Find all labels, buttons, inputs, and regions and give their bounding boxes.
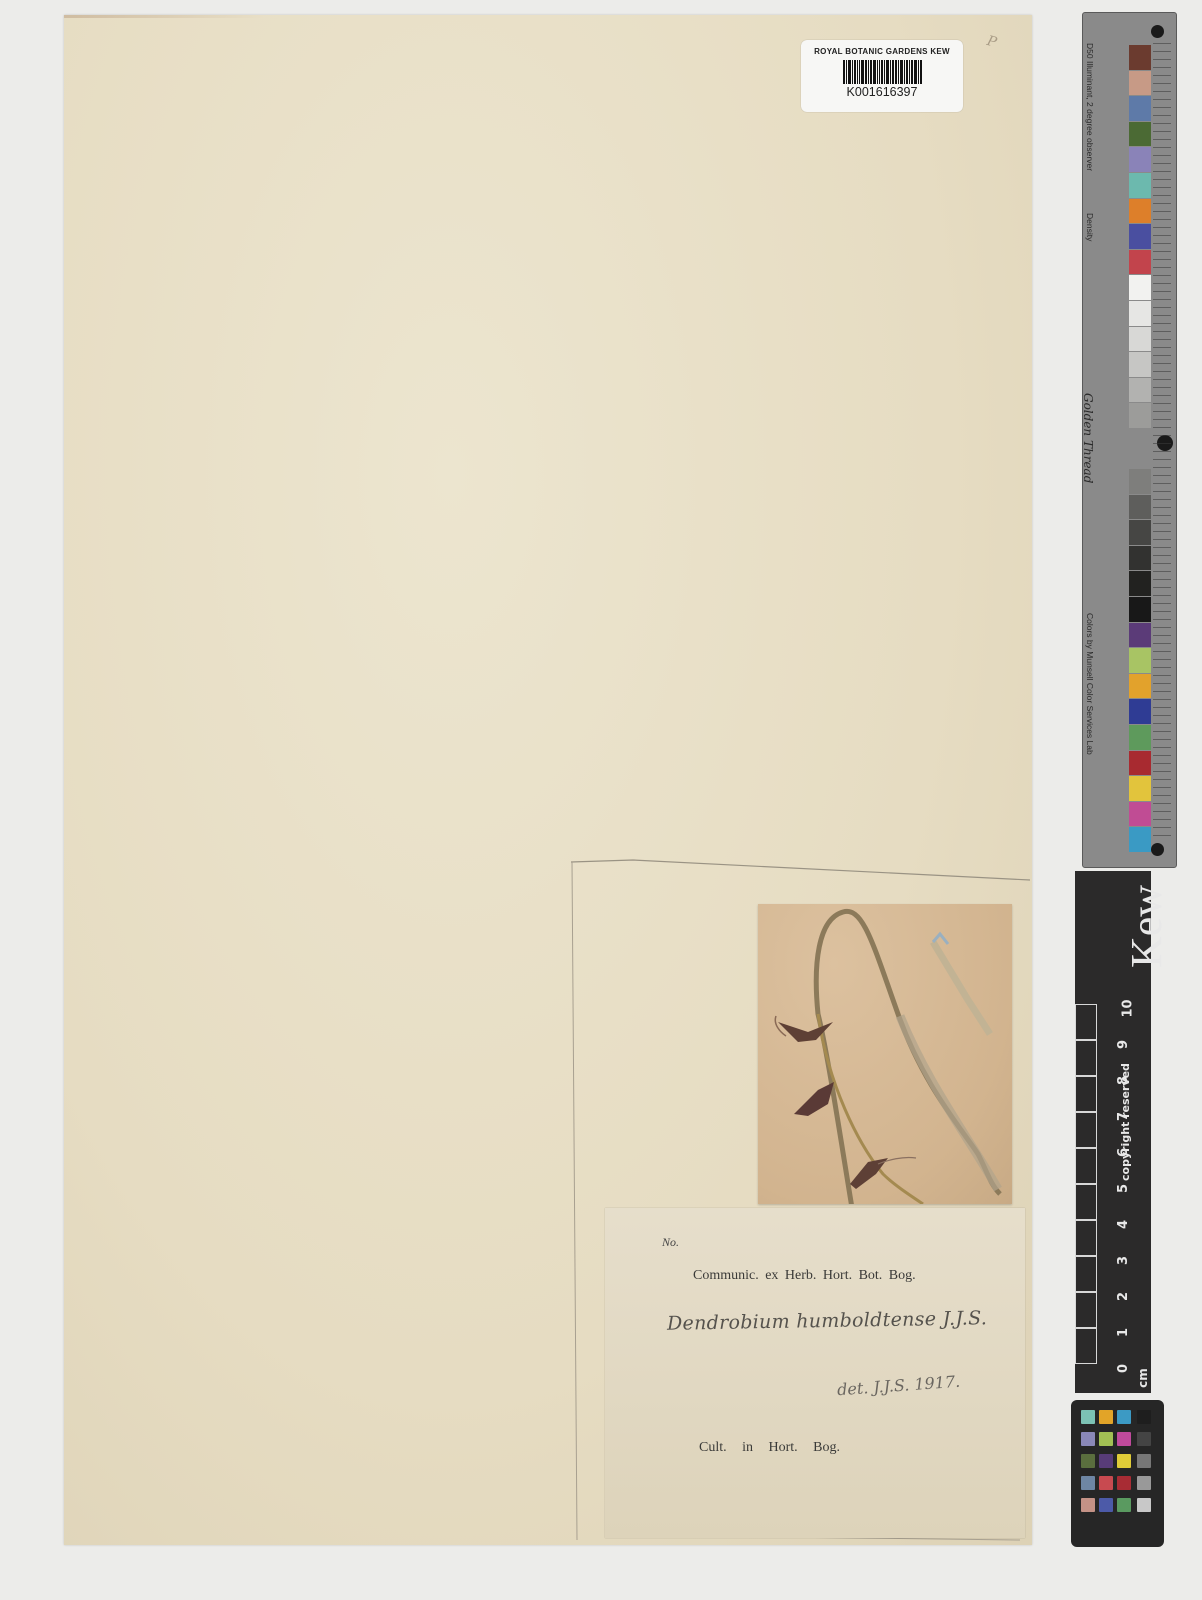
munsell-swatch <box>1117 1454 1131 1468</box>
color-swatch <box>1129 469 1151 494</box>
barcode-number: K001616397 <box>801 85 963 99</box>
specimen-packet <box>758 904 1012 1204</box>
scale-number: 1 <box>1116 1328 1131 1337</box>
color-bar-header: D50 Illuminant, 2 degree observer <box>1085 43 1095 171</box>
scale-number: 4 <box>1116 1220 1131 1229</box>
scale-segment <box>1075 1004 1097 1040</box>
scale-segment <box>1075 1184 1097 1220</box>
color-swatch <box>1129 403 1151 428</box>
scale-number: 9 <box>1116 1040 1131 1049</box>
color-swatch <box>1129 301 1151 326</box>
color-calibration-bar: D50 Illuminant, 2 degree observer Densit… <box>1082 12 1177 868</box>
munsell-gray-swatch <box>1137 1476 1151 1490</box>
mount-hole-icon <box>1151 843 1164 856</box>
munsell-swatch <box>1081 1476 1095 1490</box>
color-swatch <box>1129 327 1151 352</box>
scale-number: 5 <box>1116 1184 1131 1193</box>
munsell-swatch <box>1099 1410 1113 1424</box>
color-swatch <box>1129 275 1151 300</box>
color-swatch <box>1129 250 1151 275</box>
munsell-swatch <box>1099 1432 1113 1446</box>
density-label: Density <box>1085 213 1095 241</box>
dried-plant-specimen-icon <box>758 904 1012 1204</box>
scale-segment <box>1075 1256 1097 1292</box>
color-swatch <box>1129 776 1151 801</box>
color-swatch <box>1129 674 1151 699</box>
color-swatch <box>1129 45 1151 70</box>
determination-label: No. Communic. ex Herb. Hort. Bot. Bog. D… <box>605 1208 1025 1538</box>
munsell-swatch <box>1099 1498 1113 1512</box>
sheet-edge-stain <box>64 15 264 18</box>
brand-label: Golden Thread <box>1081 393 1095 483</box>
munsell-swatch <box>1099 1476 1113 1490</box>
color-swatch <box>1129 147 1151 172</box>
munsell-gray-swatch <box>1137 1498 1151 1512</box>
color-swatch <box>1129 224 1151 249</box>
munsell-color-chart <box>1071 1400 1164 1547</box>
color-swatch <box>1129 520 1151 545</box>
taxon-name: Dendrobium humboldtense J.J.S. <box>667 1307 987 1335</box>
scale-segment <box>1075 1148 1097 1184</box>
color-swatch <box>1129 96 1151 121</box>
color-swatch <box>1129 546 1151 571</box>
scale-number: 2 <box>1116 1292 1131 1301</box>
color-swatch <box>1129 122 1151 147</box>
color-swatch <box>1129 71 1151 96</box>
unit-label: cm <box>1136 1368 1150 1388</box>
color-swatch <box>1129 623 1151 648</box>
color-swatch <box>1129 352 1151 377</box>
mount-hole-icon <box>1151 25 1164 38</box>
color-swatch <box>1129 173 1151 198</box>
munsell-swatch <box>1117 1498 1131 1512</box>
color-bar-footer: Colors by Munsell Color Services Lab <box>1085 613 1095 755</box>
munsell-gray-swatch <box>1137 1454 1151 1468</box>
copyright-text: copyright reserved <box>1119 1063 1132 1181</box>
number-field: No. <box>662 1235 679 1250</box>
color-swatch <box>1129 802 1151 827</box>
color-swatch <box>1129 199 1151 224</box>
munsell-swatch <box>1081 1498 1095 1512</box>
color-swatch <box>1129 597 1151 622</box>
scale-segment <box>1075 1076 1097 1112</box>
ruler-ticks <box>1153 43 1171 843</box>
munsell-swatch <box>1099 1454 1113 1468</box>
determiner: det. J.J.S. 1917. <box>836 1372 960 1400</box>
locality: Cult. in Hort. Bog. <box>699 1440 840 1456</box>
color-swatch <box>1129 648 1151 673</box>
munsell-swatch <box>1117 1476 1131 1490</box>
color-swatch <box>1129 378 1151 403</box>
munsell-swatch <box>1081 1454 1095 1468</box>
munsell-swatch <box>1081 1432 1095 1446</box>
scale-segment <box>1075 1292 1097 1328</box>
color-swatch <box>1129 495 1151 520</box>
barcode-label: ROYAL BOTANIC GARDENS KEW K001616397 <box>801 40 963 112</box>
institution-label: ROYAL BOTANIC GARDENS KEW <box>801 47 963 56</box>
color-swatch <box>1129 751 1151 776</box>
munsell-gray-swatch <box>1137 1410 1151 1424</box>
munsell-swatch <box>1081 1410 1095 1424</box>
barcode-icon <box>830 60 934 84</box>
source-line: Communic. ex Herb. Hort. Bot. Bog. <box>693 1268 916 1284</box>
kew-scale-bar: Kew 012345678910 copyright reserved cm <box>1075 871 1151 1393</box>
munsell-swatch <box>1117 1410 1131 1424</box>
scale-segment <box>1075 1220 1097 1256</box>
scale-segment <box>1075 1328 1097 1364</box>
color-swatch <box>1129 725 1151 750</box>
color-swatch <box>1129 699 1151 724</box>
scale-segment <box>1075 1040 1097 1076</box>
scale-segment <box>1075 1112 1097 1148</box>
color-swatch <box>1129 571 1151 596</box>
kew-logo: Kew <box>1121 885 1172 968</box>
color-swatch <box>1129 827 1151 852</box>
scale-number: 0 <box>1116 1364 1131 1373</box>
munsell-gray-swatch <box>1137 1432 1151 1446</box>
scale-number: 3 <box>1116 1256 1131 1265</box>
munsell-swatch <box>1117 1432 1131 1446</box>
scale-number: 10 <box>1121 999 1136 1017</box>
